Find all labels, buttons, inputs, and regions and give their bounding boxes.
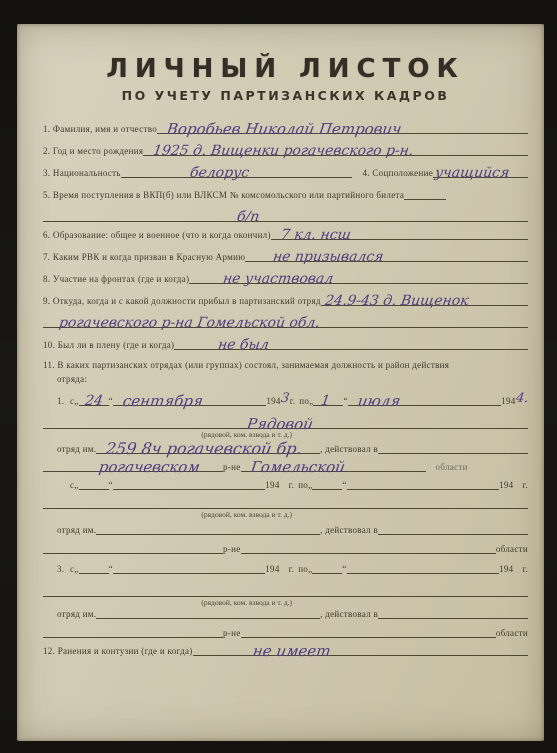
field-nationality-label: 3. Национальность <box>43 168 121 178</box>
acted-label: , действовал в <box>320 609 378 619</box>
field-wounds-row: 12. Ранения и контузии (где и когда) не … <box>43 641 528 656</box>
entry1-district-line: рогачевском <box>43 456 223 472</box>
field-wounds-label: 12. Ранения и контузии (где и когда) <box>43 646 193 656</box>
entry2-unit-row: отряд им. , действовал в <box>43 520 528 535</box>
field-captivity-line: не был <box>174 334 528 350</box>
field-nationality-value: белорус <box>189 165 250 181</box>
entry3-district-line <box>43 622 223 638</box>
field-rvk-value: не призывался <box>272 249 385 265</box>
field-fronts-label: 8. Участие на фронтах (где и когда) <box>43 274 189 284</box>
field-arrival-line: 24.9-43 д. Вищенок <box>321 290 528 306</box>
entry3-region-line <box>241 622 496 638</box>
year-prefix: 194 <box>499 480 513 490</box>
field-captivity-label: 10. Был ли в плену (где и когда) <box>43 340 174 350</box>
entry3-day-from-line <box>79 558 109 574</box>
unit-label: отряд им. <box>43 525 96 535</box>
field-wounds-line: не имеет <box>193 640 528 656</box>
form-subtitle: ПО УЧЕТУ ПАРТИЗАНСКИХ КАДРОВ <box>43 89 528 103</box>
entry3-district-row: р-не области <box>43 623 528 638</box>
field-nationality-line: белорус <box>121 162 353 178</box>
field-party-row2: б/п <box>43 207 528 222</box>
field-birth-line: 1925 д. Вищенки рогачевского р-н. <box>143 140 528 156</box>
field-name-value: Воробьев Николай Петрович <box>166 120 403 138</box>
entry1-position-row: Рядовой <box>43 414 528 429</box>
field-units-label1: 11. В каких партизанских отрядах (или гр… <box>43 360 449 370</box>
region-label: области <box>496 628 528 638</box>
field-party-line <box>404 184 446 200</box>
field-social-value: учащийся <box>434 165 511 181</box>
to-token: по <box>298 480 308 490</box>
entry1-number: 1. <box>57 396 70 406</box>
entry3-unit-line <box>96 603 320 619</box>
entry2-day-to-line <box>312 474 342 490</box>
entry1-month-to-line: июля <box>348 390 501 406</box>
entry1-trailing-line <box>468 457 528 472</box>
year-suffix: г. <box>289 480 295 490</box>
form-title: ЛИЧНЫЙ ЛИСТОК <box>43 56 528 82</box>
entry1-year-to: 4. <box>515 391 530 406</box>
entry1-day-to-line: 1 <box>313 390 343 406</box>
entry3-unit-row: отряд им. , действовал в <box>43 604 528 619</box>
field-education-line: 7 кл. нсш <box>271 224 528 240</box>
year-prefix: 194 <box>265 480 279 490</box>
entry1-year-from: 3 <box>280 391 291 406</box>
year-suffix: г. <box>290 396 296 406</box>
field-education-label: 6. Образование: общее и военное (что и к… <box>43 230 271 240</box>
field-education-value: 7 кл. нсш <box>280 227 352 243</box>
entry3-acted-line <box>378 603 528 619</box>
entry3-position-line <box>43 581 528 597</box>
entry1-month-to: июля <box>357 392 402 410</box>
year-prefix: 194 <box>501 396 515 406</box>
entry2-unit-line <box>96 519 320 535</box>
entry3-day-to-line <box>312 558 342 574</box>
entry1-day-from-line: 24 <box>79 390 109 406</box>
year-prefix: 194 <box>266 396 280 406</box>
field-rvk-label: 7. Каким РВК и когда призван в Красную А… <box>43 252 245 262</box>
document-scan: РККА 52 V ЛИЧНЫЙ ЛИСТОК ПО УЧЕТУ ПАРТИЗА… <box>0 0 557 753</box>
year-suffix: г. <box>522 480 528 490</box>
year-prefix: 194 <box>265 564 279 574</box>
entry1-district-row: рогачевском р-не Гомельской области <box>43 457 528 472</box>
entry1-unit-line: 259 8ч рогачевской бр. <box>96 438 320 454</box>
entry2-acted-line <box>378 519 528 535</box>
field-education-row: 6. Образование: общее и военное (что и к… <box>43 225 528 240</box>
field-units-header: 11. В каких партизанских отрядах (или гр… <box>43 357 528 370</box>
field-birth-value: 1925 д. Вищенки рогачевского р-н. <box>152 143 415 159</box>
entry1-position-line: Рядовой <box>43 413 528 429</box>
field-party-label: 5. Время поступления в ВКП(б) или ВЛКСМ … <box>43 190 404 200</box>
entry2-day-from-line <box>79 474 109 490</box>
to-token: по <box>298 564 308 574</box>
form-content: ЛИЧНЫЙ ЛИСТОК ПО УЧЕТУ ПАРТИЗАНСКИХ КАДР… <box>43 24 528 741</box>
field-arrival-line2: рогачевского р-на Гомельской обл. <box>43 312 528 328</box>
entry3-month-from-line <box>113 558 265 574</box>
entry2-month-to-line <box>347 474 499 490</box>
entry2-dates-row: с „ “ 194 г. по „ “ <box>43 475 528 490</box>
field-birth-label: 2. Год и место рождения <box>43 146 143 156</box>
entry1-day-to: 1 <box>320 393 331 409</box>
acted-label: , действовал в <box>320 444 378 454</box>
field-fronts-row: 8. Участие на фронтах (где и когда) не у… <box>43 269 528 284</box>
entry2-position-caption: (рядовой, ком. взвода и т. д.) <box>43 510 450 519</box>
field-arrival-row: 9. Откуда, когда и с какой должности при… <box>43 291 528 306</box>
entry1-acted-line <box>378 438 528 454</box>
entry3-dates-row: 3. с „ “ 194 г. по „ “ <box>43 559 528 574</box>
field-name-label: 1. Фамилия, имя и отчество <box>43 124 157 134</box>
field-party-line2: б/п <box>43 206 528 222</box>
field-units-header2: отряда: <box>43 371 528 384</box>
field-birth-row: 2. Год и место рождения 1925 д. Вищенки … <box>43 141 528 156</box>
unit-label: отряд им. <box>43 609 96 619</box>
entry1-month-from-line: сентября <box>113 390 266 406</box>
entry1-day-from: 24 <box>83 393 103 409</box>
field-arrival-value2: рогачевского р-на Гомельской обл. <box>58 315 321 331</box>
entry1-region-line: Гомельской <box>241 456 426 472</box>
entry3-month-to-line <box>347 558 499 574</box>
unit-label: отряд им. <box>43 444 96 454</box>
entry3-position-row <box>43 582 528 597</box>
field-fronts-value: не участвовал <box>222 271 334 287</box>
entry1-month-from: сентября <box>122 392 205 410</box>
entry2-position-line <box>43 493 528 509</box>
entry1-dates-row: 1. с „ 24 “ сентября 194 3 г. по „ 1 <box>43 391 528 406</box>
acted-label: , действовал в <box>320 525 378 535</box>
entry2-region-line <box>241 538 496 554</box>
field-social-line: учащийся <box>433 162 528 178</box>
entry2-district-line <box>43 538 223 554</box>
district-label: р-не <box>223 462 241 472</box>
form-sheet: ЛИЧНЫЙ ЛИСТОК ПО УЧЕТУ ПАРТИЗАНСКИХ КАДР… <box>17 24 544 741</box>
field-party-row: 5. Время поступления в ВКП(б) или ВЛКСМ … <box>43 185 528 200</box>
field-social-label: 4. Соцположение <box>362 168 433 178</box>
field-name-row: 1. Фамилия, имя и отчество Воробьев Нико… <box>43 119 528 134</box>
field-arrival-label: 9. Откуда, когда и с какой должности при… <box>43 296 321 306</box>
field-nationality-row: 3. Национальность белорус 4. Соцположени… <box>43 163 528 178</box>
field-captivity-row: 10. Был ли в плену (где и когда) не был <box>43 335 528 350</box>
to-token: по <box>299 396 309 406</box>
region-label: области <box>496 544 528 554</box>
field-fronts-line: не участвовал <box>189 268 528 284</box>
field-name-line: Воробьев Николай Петрович <box>157 118 528 134</box>
field-rvk-row: 7. Каким РВК и когда призван в Красную А… <box>43 247 528 262</box>
entry3-number: 3. <box>57 564 70 574</box>
field-arrival-value1: 24.9-43 д. Вищенок <box>324 293 470 309</box>
field-units-label2: отряда: <box>57 374 87 384</box>
year-suffix: г. <box>289 564 295 574</box>
year-prefix: 194 <box>499 564 513 574</box>
field-rvk-line: не призывался <box>245 246 528 262</box>
entry2-district-row: р-не области <box>43 539 528 554</box>
region-label: области <box>436 462 468 472</box>
entry1-unit-row: отряд им. 259 8ч рогачевской бр. , дейст… <box>43 439 528 454</box>
year-suffix: г. <box>522 564 528 574</box>
district-label: р-не <box>223 628 241 638</box>
district-label: р-не <box>223 544 241 554</box>
entry1-position-value: Рядовой <box>245 415 314 433</box>
field-party-value: б/п <box>236 209 261 225</box>
entry2-caption-wrap: (рядовой, ком. взвода и т. д.) <box>43 510 450 519</box>
entry2-month-from-line <box>113 474 265 490</box>
field-wounds-value: не имеет <box>251 642 331 660</box>
field-captivity-value: не был <box>217 337 270 353</box>
field-arrival-row2: рогачевского р-на Гомельской обл. <box>43 313 528 328</box>
entry2-position-row <box>43 494 528 509</box>
